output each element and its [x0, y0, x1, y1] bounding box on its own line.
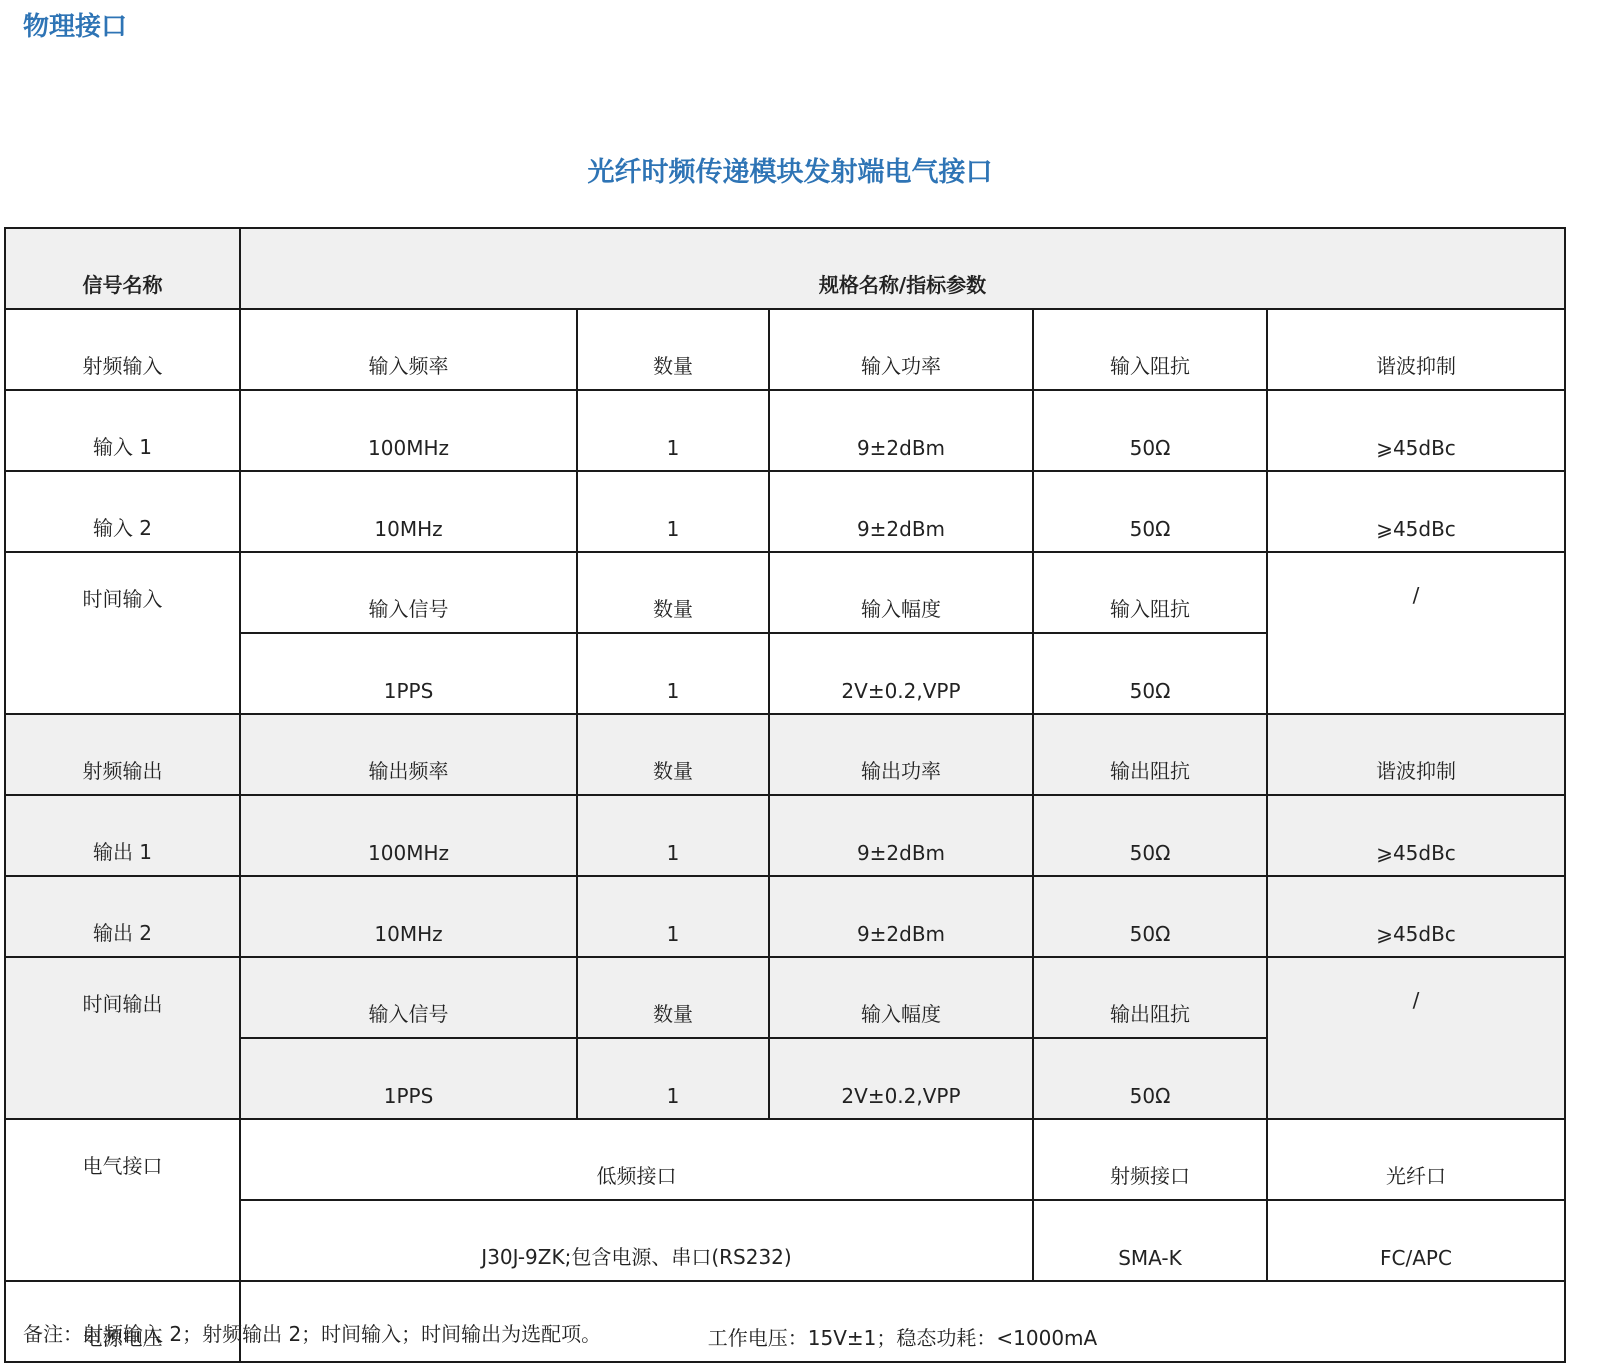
column-header: 数量 — [577, 714, 769, 795]
column-header: 谐波抑制 — [1267, 309, 1565, 390]
spec-table: 信号名称 规格名称/指标参数 射频输入 输入频率 数量 输入功率 输入阻抗 谐波… — [4, 227, 1566, 1363]
cell: 50Ω — [1033, 1038, 1267, 1119]
cell: 1PPS — [240, 633, 577, 714]
rf-output-label: 射频输出 — [5, 714, 240, 795]
cell: 100MHz — [240, 390, 577, 471]
column-header: 输入信号 — [240, 552, 577, 633]
table-row: 射频输出 输出频率 数量 输出功率 输出阻抗 谐波抑制 — [5, 714, 1565, 795]
time-output-label: 时间输出 — [5, 957, 240, 1119]
column-header: 数量 — [577, 309, 769, 390]
column-header: 谐波抑制 — [1267, 714, 1565, 795]
cell: 9±2dBm — [769, 471, 1033, 552]
table-row: 时间输出 输入信号 数量 输入幅度 输出阻抗 / — [5, 957, 1565, 1038]
cell: 1 — [577, 1038, 769, 1119]
header-signal-name: 信号名称 — [5, 228, 240, 309]
table-row: 输入 2 10MHz 1 9±2dBm 50Ω ⩾45dBc — [5, 471, 1565, 552]
column-header: 输入功率 — [769, 309, 1033, 390]
row-name: 输出 1 — [5, 795, 240, 876]
column-header: 数量 — [577, 552, 769, 633]
column-header: 输出阻抗 — [1033, 957, 1267, 1038]
cell: SMA-K — [1033, 1200, 1267, 1281]
table-row: 电气接口 低频接口 射频接口 光纤口 — [5, 1119, 1565, 1200]
row-name: 输入 1 — [5, 390, 240, 471]
cell: ⩾45dBc — [1267, 876, 1565, 957]
column-header: 输出阻抗 — [1033, 714, 1267, 795]
header-spec: 规格名称/指标参数 — [240, 228, 1565, 309]
column-header: 输入阻抗 — [1033, 552, 1267, 633]
cell: 100MHz — [240, 795, 577, 876]
column-header: 射频接口 — [1033, 1119, 1267, 1200]
column-header: 输入幅度 — [769, 552, 1033, 633]
cell: 50Ω — [1033, 876, 1267, 957]
cell: 2V±0.2,VPP — [769, 1038, 1033, 1119]
cell: 9±2dBm — [769, 876, 1033, 957]
column-header: 数量 — [577, 957, 769, 1038]
table-row: 射频输入 输入频率 数量 输入功率 输入阻抗 谐波抑制 — [5, 309, 1565, 390]
column-header: / — [1267, 552, 1565, 714]
column-header: 低频接口 — [240, 1119, 1033, 1200]
cell: 50Ω — [1033, 795, 1267, 876]
cell: 1PPS — [240, 1038, 577, 1119]
cell: J30J-9ZK;包含电源、串口(RS232) — [240, 1200, 1033, 1281]
electrical-interface-label: 电气接口 — [5, 1119, 240, 1281]
column-header: 输出功率 — [769, 714, 1033, 795]
row-name: 输出 2 — [5, 876, 240, 957]
cell: 1 — [577, 390, 769, 471]
table-row: 时间输入 输入信号 数量 输入幅度 输入阻抗 / — [5, 552, 1565, 633]
cell: 50Ω — [1033, 633, 1267, 714]
column-header: / — [1267, 957, 1565, 1119]
cell: 9±2dBm — [769, 795, 1033, 876]
section-title: 物理接口 — [23, 6, 127, 43]
table-title: 光纤时频传递模块发射端电气接口 — [0, 150, 1580, 189]
footnote: 备注：射频输入 2；射频输出 2；时间输入；时间输出为选配项。 — [23, 1318, 601, 1347]
column-header: 光纤口 — [1267, 1119, 1565, 1200]
table-row: 输出 1 100MHz 1 9±2dBm 50Ω ⩾45dBc — [5, 795, 1565, 876]
cell: ⩾45dBc — [1267, 390, 1565, 471]
cell: 1 — [577, 876, 769, 957]
row-name: 输入 2 — [5, 471, 240, 552]
cell: 1 — [577, 633, 769, 714]
time-input-label: 时间输入 — [5, 552, 240, 714]
column-header: 输入信号 — [240, 957, 577, 1038]
column-header: 输入频率 — [240, 309, 577, 390]
rf-input-label: 射频输入 — [5, 309, 240, 390]
cell: 9±2dBm — [769, 390, 1033, 471]
cell: FC/APC — [1267, 1200, 1565, 1281]
cell: 1 — [577, 795, 769, 876]
table-row: 输入 1 100MHz 1 9±2dBm 50Ω ⩾45dBc — [5, 390, 1565, 471]
cell: 50Ω — [1033, 390, 1267, 471]
table-row: 输出 2 10MHz 1 9±2dBm 50Ω ⩾45dBc — [5, 876, 1565, 957]
header-row: 信号名称 规格名称/指标参数 — [5, 228, 1565, 309]
cell: 10MHz — [240, 471, 577, 552]
cell: ⩾45dBc — [1267, 471, 1565, 552]
cell: ⩾45dBc — [1267, 795, 1565, 876]
cell: 10MHz — [240, 876, 577, 957]
cell: 50Ω — [1033, 471, 1267, 552]
column-header: 输出频率 — [240, 714, 577, 795]
cell: 1 — [577, 471, 769, 552]
column-header: 输入阻抗 — [1033, 309, 1267, 390]
cell: 2V±0.2,VPP — [769, 633, 1033, 714]
column-header: 输入幅度 — [769, 957, 1033, 1038]
